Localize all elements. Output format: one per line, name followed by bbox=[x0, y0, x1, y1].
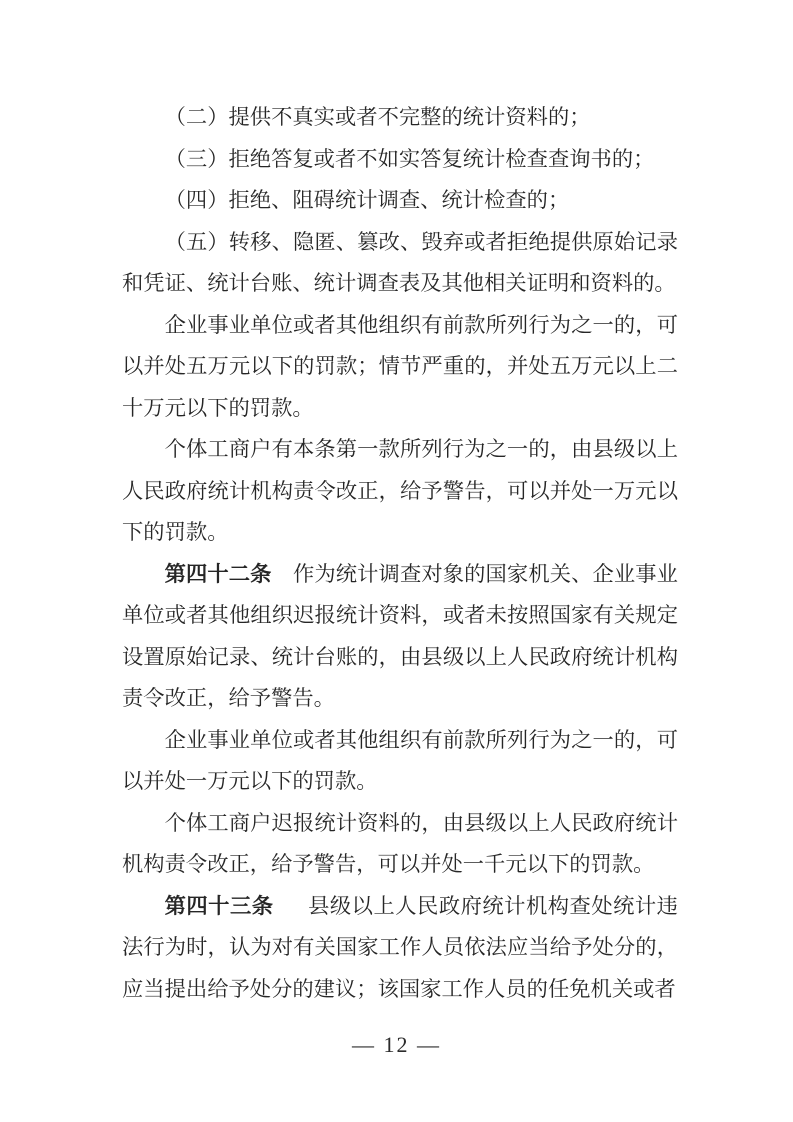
clause-item-4: （四）拒绝、阻碍统计调查、统计检查的； bbox=[122, 180, 678, 222]
penalty-paragraph-enterprise-41: 企业事业单位或者其他组织有前款所列行为之一的，可以并处五万元以下的罚款；情节严重… bbox=[122, 305, 678, 430]
penalty-paragraph-individual-41: 个体工商户有本条第一款所列行为之一的，由县级以上人民政府统计机构责令改正，给予警… bbox=[122, 429, 678, 554]
article-42-paragraph: 第四十二条作为统计调查对象的国家机关、企业事业单位或者其他组织迟报统计资料，或者… bbox=[122, 554, 678, 720]
article-42-number: 第四十二条 bbox=[165, 562, 272, 586]
clause-item-5: （五）转移、隐匿、篡改、毁弃或者拒绝提供原始记录和凭证、统计台账、统计调查表及其… bbox=[122, 222, 678, 305]
page-number: — 12 — bbox=[352, 1032, 441, 1057]
page-footer: — 12 — bbox=[0, 1031, 793, 1059]
penalty-paragraph-individual-42: 个体工商户迟报统计资料的，由县级以上人民政府统计机构责令改正，给予警告，可以并处… bbox=[122, 803, 678, 886]
document-body: （二）提供不真实或者不完整的统计资料的； （三）拒绝答复或者不如实答复统计检查查… bbox=[122, 97, 678, 1010]
clause-item-3: （三）拒绝答复或者不如实答复统计检查查询书的； bbox=[122, 139, 678, 181]
document-page: （二）提供不真实或者不完整的统计资料的； （三）拒绝答复或者不如实答复统计检查查… bbox=[0, 0, 793, 1122]
article-43-number: 第四十三条 bbox=[165, 894, 274, 918]
article-43-paragraph: 第四十三条县级以上人民政府统计机构查处统计违法行为时，认为对有关国家工作人员依法… bbox=[122, 886, 678, 1011]
penalty-paragraph-enterprise-42: 企业事业单位或者其他组织有前款所列行为之一的，可以并处一万元以下的罚款。 bbox=[122, 720, 678, 803]
clause-item-2: （二）提供不真实或者不完整的统计资料的； bbox=[122, 97, 678, 139]
